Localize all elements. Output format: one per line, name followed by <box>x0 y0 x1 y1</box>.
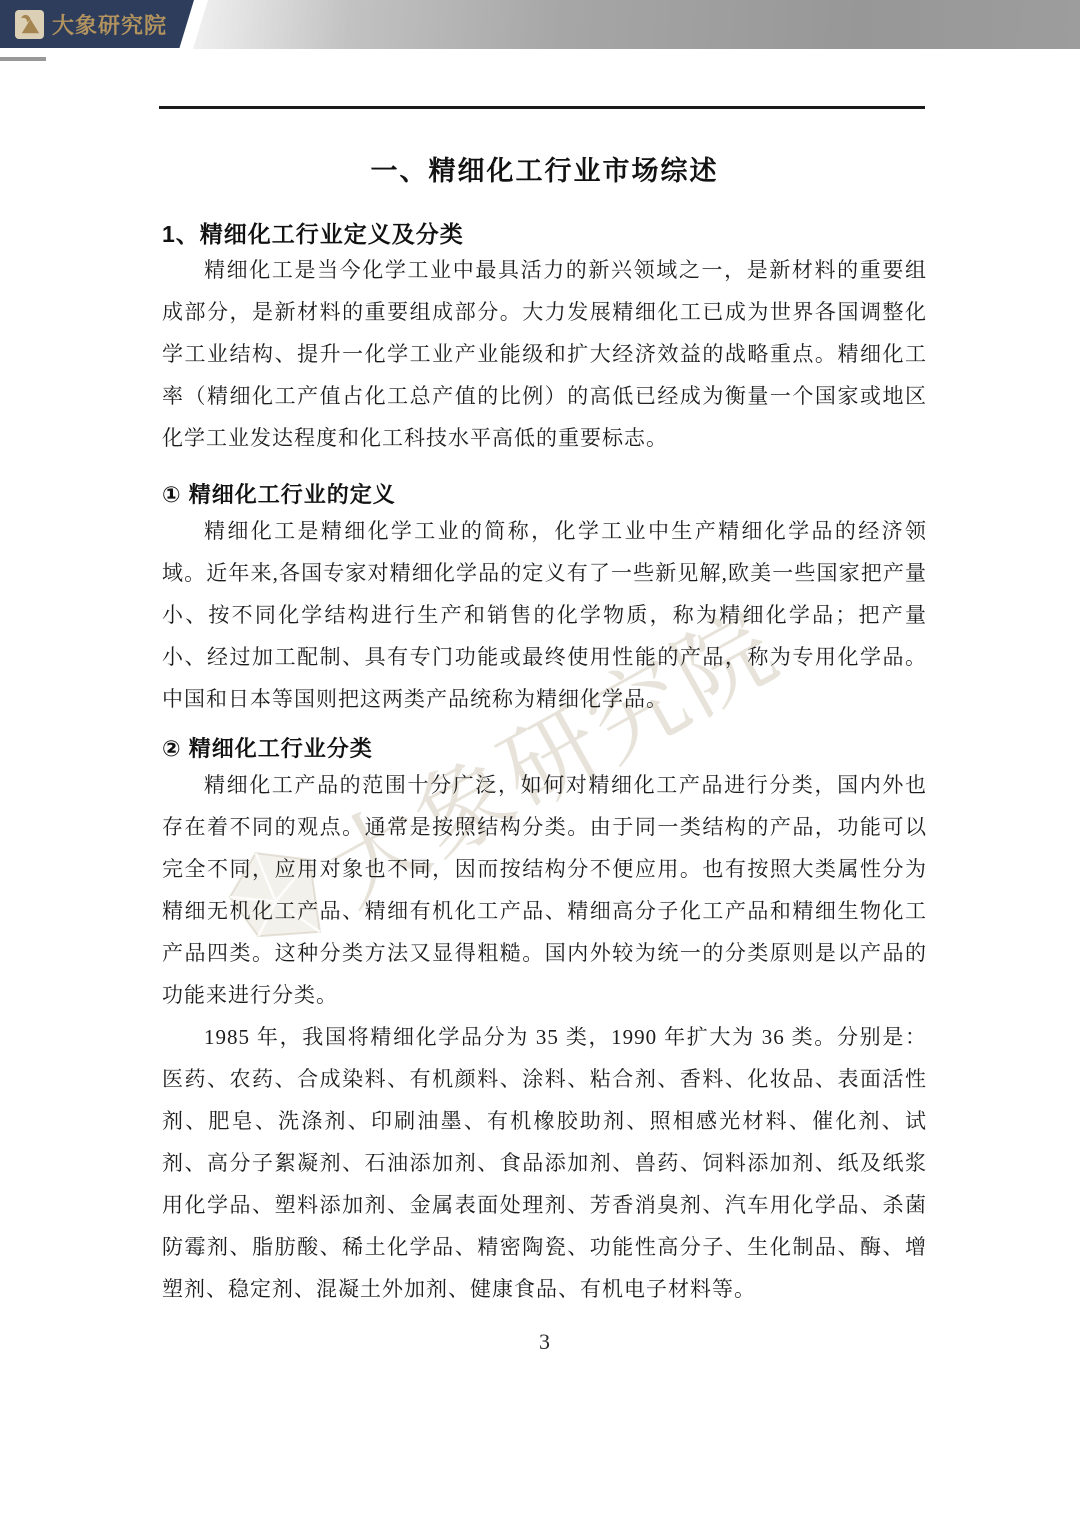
report-page: 大象研究院 大象研究院 一、精细化工行业市场综述 1、精细化工行业定义及分类 精… <box>0 0 1080 1527</box>
brand-band: 大象研究院 <box>0 0 194 48</box>
subsection-1-heading: ① 精细化工行业的定义 <box>162 480 927 510</box>
header-ribbon <box>190 0 1080 49</box>
page-title: 一、精细化工行业市场综述 <box>162 154 927 188</box>
paragraph-definition-intro: 精细化工是当今化学工业中最具活力的新兴领域之一，是新材料的重要组成部分，是新材料… <box>162 249 927 459</box>
elephant-icon <box>15 10 44 39</box>
subsection-2-heading: ② 精细化工行业分类 <box>162 734 927 764</box>
header-tick <box>0 57 46 61</box>
document-body: 一、精细化工行业市场综述 1、精细化工行业定义及分类 精细化工是当今化学工业中最… <box>0 0 1080 1527</box>
section-heading: 1、精细化工行业定义及分类 <box>162 219 927 249</box>
paragraph-classification: 精细化工产品的范围十分广泛，如何对精细化工产品进行分类，国内外也存在着不同的观点… <box>162 764 927 1016</box>
top-rule <box>159 106 925 109</box>
brand-name: 大象研究院 <box>52 9 167 40</box>
page-number: 3 <box>162 1328 927 1356</box>
paragraph-definition-detail: 精细化工是精细化学工业的简称，化学工业中生产精细化学品的经济领域。近年来,各国专… <box>162 510 927 720</box>
paragraph-category-list: 1985 年，我国将精细化学品分为 35 类，1990 年扩大为 36 类。分别… <box>162 1016 927 1310</box>
